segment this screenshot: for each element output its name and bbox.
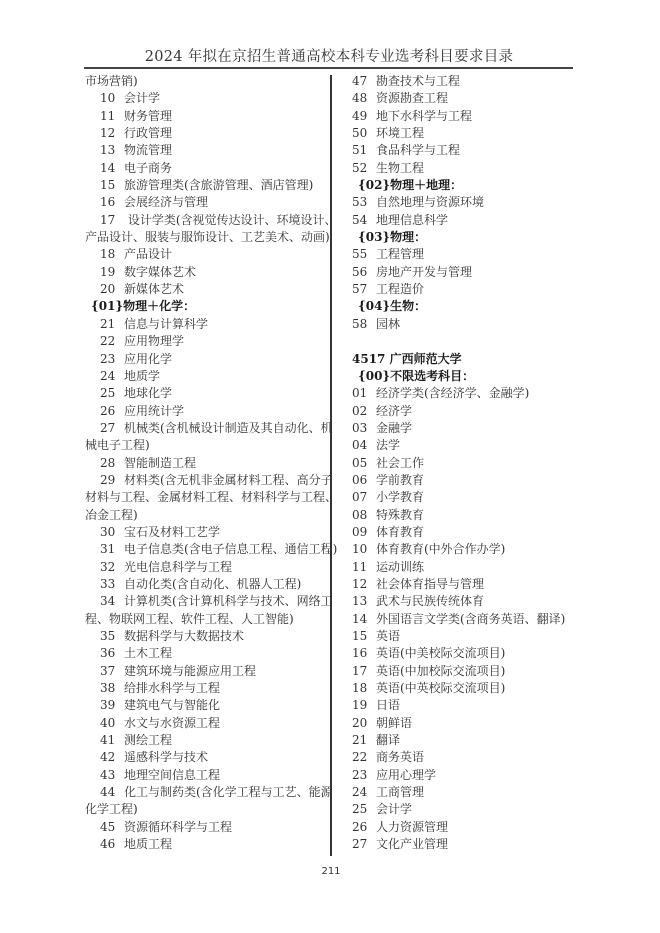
major-code: 06 (352, 472, 372, 489)
major-code: 42 (100, 749, 120, 766)
major-code: 45 (100, 819, 120, 836)
major-item: 02经济学 (352, 403, 587, 420)
major-item: 38给排水科学与工程 (85, 680, 325, 697)
major-name: 水文与水资源工程 (124, 716, 220, 730)
major-item: 27机械类(含机械设计制造及其自动化、机 (85, 420, 325, 437)
major-item: 15英语 (352, 628, 587, 645)
major-name: 应用物理学 (124, 334, 184, 348)
major-code: 25 (352, 801, 372, 818)
major-code: 12 (100, 125, 120, 142)
major-name: 武术与民族传统体育 (376, 594, 484, 608)
major-item: 39建筑电气与智能化 (85, 697, 325, 714)
major-item: 10体育教育(中外合作办学) (352, 541, 587, 558)
spacer (352, 333, 587, 350)
major-item: 23应用心理学 (352, 767, 587, 784)
major-item: 25会计学 (352, 801, 587, 818)
major-name: 社会工作 (376, 456, 424, 470)
major-code: 12 (352, 576, 372, 593)
major-name: 建筑环境与能源应用工程 (124, 664, 256, 678)
major-name: 英语(中加校际交流项目) (376, 664, 505, 678)
major-item: 30宝石及材料工艺学 (85, 524, 325, 541)
major-name: 金融学 (376, 421, 412, 435)
major-code: 19 (100, 264, 120, 281)
major-code: 51 (352, 142, 372, 159)
major-item: 47勘查技术与工程 (352, 73, 587, 90)
major-item: 34计算机类(含计算机科学与技术、网络工 (85, 593, 325, 610)
major-name: 机械类(含机械设计制造及其自动化、机 (124, 421, 333, 435)
major-item: 50环境工程 (352, 125, 587, 142)
major-item: 18英语(中英校际交流项目) (352, 680, 587, 697)
major-name: 智能制造工程 (124, 456, 196, 470)
major-code: 18 (352, 680, 372, 697)
major-name: 翻译 (376, 733, 400, 747)
major-item: 26应用统计学 (85, 403, 325, 420)
major-item: 13武术与民族传统体育 (352, 593, 587, 610)
major-item: 17 设计学类(含视觉传达设计、环境设计、 (85, 212, 325, 229)
major-code: 49 (352, 108, 372, 125)
major-item: 19日语 (352, 697, 587, 714)
major-continuation: 冶金工程) (85, 507, 325, 524)
major-item: 36土木工程 (85, 645, 325, 662)
major-item: 54地理信息科学 (352, 212, 587, 229)
major-code: 28 (100, 455, 120, 472)
major-item: 52生物工程 (352, 160, 587, 177)
major-name: 土木工程 (124, 646, 172, 660)
major-code: 31 (100, 541, 120, 558)
major-code: 55 (352, 246, 372, 263)
major-code: 32 (100, 559, 120, 576)
right-column: 47勘查技术与工程48资源勘查工程49地下水科学与工程50环境工程51食品科学与… (352, 73, 587, 853)
column-divider (330, 75, 332, 856)
major-code: 50 (352, 125, 372, 142)
major-item: 37建筑环境与能源应用工程 (85, 663, 325, 680)
major-item: 06学前教育 (352, 472, 587, 489)
major-name: 地下水科学与工程 (376, 109, 472, 123)
major-code: 29 (100, 472, 120, 489)
major-name: 小学教育 (376, 490, 424, 504)
major-name: 学前教育 (376, 473, 424, 487)
major-item: 44化工与制药类(含化学工程与工艺、能源 (85, 784, 325, 801)
major-name: 遥感科学与技术 (124, 750, 208, 764)
university-heading: 4517 广西师范大学 (352, 351, 587, 368)
major-item: 26人力资源管理 (352, 819, 587, 836)
major-item: 46地质工程 (85, 836, 325, 853)
major-name: 测绘工程 (124, 733, 172, 747)
major-code: 35 (100, 628, 120, 645)
major-name: 财务管理 (124, 109, 172, 123)
major-code: 40 (100, 715, 120, 732)
major-name: 体育教育 (376, 525, 424, 539)
major-code: 07 (352, 489, 372, 506)
major-item: 24地质学 (85, 368, 325, 385)
major-name: 数字媒体艺术 (124, 265, 196, 279)
major-item: 18产品设计 (85, 246, 325, 263)
major-item: 32光电信息科学与工程 (85, 559, 325, 576)
major-name: 园林 (376, 317, 400, 331)
major-name: 地球化学 (124, 386, 172, 400)
major-item: 22商务英语 (352, 749, 587, 766)
major-code: 04 (352, 437, 372, 454)
major-code: 52 (352, 160, 372, 177)
major-code: 36 (100, 645, 120, 662)
major-name: 商务英语 (376, 750, 424, 764)
major-item: 11财务管理 (85, 108, 325, 125)
major-name: 房地产开发与管理 (376, 265, 472, 279)
major-code: 44 (100, 784, 120, 801)
major-name: 新媒体艺术 (124, 282, 184, 296)
major-code: 20 (100, 281, 120, 298)
major-name: 资源勘查工程 (376, 91, 448, 105)
major-code: 09 (352, 524, 372, 541)
major-code: 53 (352, 194, 372, 211)
major-name: 英语 (376, 629, 400, 643)
major-item: 10会计学 (85, 90, 325, 107)
page-number: 211 (318, 866, 344, 877)
major-item: 42遥感科学与技术 (85, 749, 325, 766)
major-name: 信息与计算科学 (124, 317, 208, 331)
major-code: 41 (100, 732, 120, 749)
left-column: 市场营销)10会计学11财务管理12行政管理13物流管理14电子商务15旅游管理… (85, 73, 325, 853)
major-continuation: 市场营销) (85, 73, 325, 90)
major-code: 21 (100, 316, 120, 333)
major-name: 物流管理 (124, 143, 172, 157)
major-item: 45资源循环科学与工程 (85, 819, 325, 836)
major-name: 日语 (376, 698, 400, 712)
major-item: 40水文与水资源工程 (85, 715, 325, 732)
major-name: 工程造价 (376, 282, 424, 296)
major-code: 46 (100, 836, 120, 853)
major-code: 56 (352, 264, 372, 281)
major-code: 18 (100, 246, 120, 263)
major-code: 03 (352, 420, 372, 437)
subject-requirement-header: {03}物理： (352, 229, 587, 246)
major-item: 15旅游管理类(含旅游管理、酒店管理) (85, 177, 325, 194)
major-code: 58 (352, 316, 372, 333)
major-name: 行政管理 (124, 126, 172, 140)
major-name: 应用统计学 (124, 404, 184, 418)
major-code: 48 (352, 90, 372, 107)
major-code: 33 (100, 576, 120, 593)
major-name: 材料类(含无机非金属材料工程、高分子 (124, 473, 333, 487)
major-code: 14 (352, 611, 372, 628)
major-name: 环境工程 (376, 126, 424, 140)
major-item: 03金融学 (352, 420, 587, 437)
major-item: 01经济学类(含经济学、金融学) (352, 385, 587, 402)
major-name: 建筑电气与智能化 (124, 698, 220, 712)
major-name: 电子商务 (124, 161, 172, 175)
major-continuation: 程、物联网工程、软件工程、人工智能) (85, 611, 325, 628)
major-item: 21翻译 (352, 732, 587, 749)
major-code: 22 (352, 749, 372, 766)
major-item: 16会展经济与管理 (85, 194, 325, 211)
major-name: 应用化学 (124, 352, 172, 366)
major-name: 经济学类(含经济学、金融学) (376, 386, 529, 400)
major-name: 旅游管理类(含旅游管理、酒店管理) (124, 178, 313, 192)
major-item: 48资源勘查工程 (352, 90, 587, 107)
major-name: 宝石及材料工艺学 (124, 525, 220, 539)
major-name: 运动训练 (376, 560, 424, 574)
major-item: 12行政管理 (85, 125, 325, 142)
major-name: 应用心理学 (376, 768, 436, 782)
major-item: 49地下水科学与工程 (352, 108, 587, 125)
major-item: 58园林 (352, 316, 587, 333)
major-name: 社会体育指导与管理 (376, 577, 484, 591)
major-item: 25地球化学 (85, 385, 325, 402)
major-code: 30 (100, 524, 120, 541)
major-name: 食品科学与工程 (376, 143, 460, 157)
major-code: 26 (100, 403, 120, 420)
major-code: 39 (100, 697, 120, 714)
major-item: 28智能制造工程 (85, 455, 325, 472)
major-name: 体育教育(中外合作办学) (376, 542, 505, 556)
subject-requirement-header: {02}物理＋地理： (352, 177, 587, 194)
major-code: 13 (352, 593, 372, 610)
major-code: 15 (100, 177, 120, 194)
major-code: 25 (100, 385, 120, 402)
major-name: 法学 (376, 438, 400, 452)
major-name: 电子信息类(含电子信息工程、通信工程) (124, 542, 337, 556)
major-item: 11运动训练 (352, 559, 587, 576)
major-code: 11 (100, 108, 120, 125)
major-code: 22 (100, 333, 120, 350)
major-code: 37 (100, 663, 120, 680)
major-item: 09体育教育 (352, 524, 587, 541)
subject-requirement-header: {01}物理＋化学： (85, 298, 325, 315)
major-name: 计算机类(含计算机科学与技术、网络工 (124, 594, 333, 608)
major-name: 设计学类(含视觉传达设计、环境设计、 (124, 213, 337, 227)
major-code: 27 (352, 836, 372, 853)
major-code: 24 (100, 368, 120, 385)
major-continuation: 材料与工程、金属材料工程、材料科学与工程、 (85, 489, 325, 506)
major-name: 会计学 (124, 91, 160, 105)
major-item: 55工程管理 (352, 246, 587, 263)
major-code: 11 (352, 559, 372, 576)
major-code: 34 (100, 593, 120, 610)
major-item: 14外国语言文学类(含商务英语、翻译) (352, 611, 587, 628)
major-name: 外国语言文学类(含商务英语、翻译) (376, 612, 565, 626)
major-code: 05 (352, 455, 372, 472)
major-continuation: 产品设计、服装与服饰设计、工艺美术、动画) (85, 229, 325, 246)
major-item: 04法学 (352, 437, 587, 454)
major-item: 56房地产开发与管理 (352, 264, 587, 281)
major-item: 43地理空间信息工程 (85, 767, 325, 784)
major-item: 16英语(中美校际交流项目) (352, 645, 587, 662)
major-item: 24工商管理 (352, 784, 587, 801)
major-item: 19数字媒体艺术 (85, 264, 325, 281)
major-name: 勘查技术与工程 (376, 74, 460, 88)
major-code: 10 (100, 90, 120, 107)
major-name: 会计学 (376, 802, 412, 816)
major-name: 工商管理 (376, 785, 424, 799)
major-code: 24 (352, 784, 372, 801)
major-name: 自然地理与资源环境 (376, 195, 484, 209)
major-code: 19 (352, 697, 372, 714)
major-item: 22应用物理学 (85, 333, 325, 350)
major-item: 29材料类(含无机非金属材料工程、高分子 (85, 472, 325, 489)
major-name: 经济学 (376, 404, 412, 418)
major-code: 26 (352, 819, 372, 836)
major-name: 文化产业管理 (376, 837, 448, 851)
major-item: 41测绘工程 (85, 732, 325, 749)
major-name: 英语(中英校际交流项目) (376, 681, 505, 695)
major-item: 27文化产业管理 (352, 836, 587, 853)
major-code: 38 (100, 680, 120, 697)
major-name: 英语(中美校际交流项目) (376, 646, 505, 660)
major-code: 17 (352, 663, 372, 680)
major-item: 12社会体育指导与管理 (352, 576, 587, 593)
major-code: 21 (352, 732, 372, 749)
major-code: 02 (352, 403, 372, 420)
header-rule (84, 67, 573, 69)
major-item: 05社会工作 (352, 455, 587, 472)
major-name: 数据科学与大数据技术 (124, 629, 244, 643)
major-item: 07小学教育 (352, 489, 587, 506)
major-name: 会展经济与管理 (124, 195, 208, 209)
major-name: 人力资源管理 (376, 820, 448, 834)
major-item: 31电子信息类(含电子信息工程、通信工程) (85, 541, 325, 558)
major-code: 01 (352, 385, 372, 402)
major-item: 08特殊教育 (352, 507, 587, 524)
major-item: 23应用化学 (85, 351, 325, 368)
major-code: 54 (352, 212, 372, 229)
major-code: 43 (100, 767, 120, 784)
major-item: 53自然地理与资源环境 (352, 194, 587, 211)
major-name: 资源循环科学与工程 (124, 820, 232, 834)
major-name: 化工与制药类(含化学工程与工艺、能源 (124, 785, 333, 799)
major-name: 工程管理 (376, 247, 424, 261)
major-name: 生物工程 (376, 161, 424, 175)
major-code: 14 (100, 160, 120, 177)
major-name: 特殊教育 (376, 508, 424, 522)
major-name: 地理信息科学 (376, 213, 448, 227)
major-code: 16 (100, 194, 120, 211)
major-code: 10 (352, 541, 372, 558)
major-item: 33自动化类(含自动化、机器人工程) (85, 576, 325, 593)
major-name: 朝鲜语 (376, 716, 412, 730)
major-code: 23 (352, 767, 372, 784)
major-item: 57工程造价 (352, 281, 587, 298)
major-continuation: 化学工程) (85, 801, 325, 818)
major-name: 地质学 (124, 369, 160, 383)
major-item: 17英语(中加校际交流项目) (352, 663, 587, 680)
major-code: 27 (100, 420, 120, 437)
major-item: 20新媒体艺术 (85, 281, 325, 298)
major-code: 17 (100, 212, 120, 229)
major-code: 20 (352, 715, 372, 732)
major-code: 23 (100, 351, 120, 368)
major-item: 35数据科学与大数据技术 (85, 628, 325, 645)
major-continuation: 械电子工程) (85, 437, 325, 454)
major-code: 15 (352, 628, 372, 645)
major-code: 16 (352, 645, 372, 662)
major-item: 21信息与计算科学 (85, 316, 325, 333)
major-name: 产品设计 (124, 247, 172, 261)
major-item: 14电子商务 (85, 160, 325, 177)
major-name: 地理空间信息工程 (124, 768, 220, 782)
major-item: 13物流管理 (85, 142, 325, 159)
major-name: 自动化类(含自动化、机器人工程) (124, 577, 301, 591)
major-code: 57 (352, 281, 372, 298)
page-title: 2024 年拟在京招生普通高校本科专业选考科目要求目录 (84, 45, 574, 66)
major-code: 13 (100, 142, 120, 159)
major-code: 08 (352, 507, 372, 524)
major-item: 51食品科学与工程 (352, 142, 587, 159)
major-item: 20朝鲜语 (352, 715, 587, 732)
major-name: 光电信息科学与工程 (124, 560, 232, 574)
subject-requirement-header: {04}生物： (352, 298, 587, 315)
major-code: 47 (352, 73, 372, 90)
subject-requirement-header: {00}不限选考科目： (352, 368, 587, 385)
major-name: 给排水科学与工程 (124, 681, 220, 695)
major-name: 地质工程 (124, 837, 172, 851)
